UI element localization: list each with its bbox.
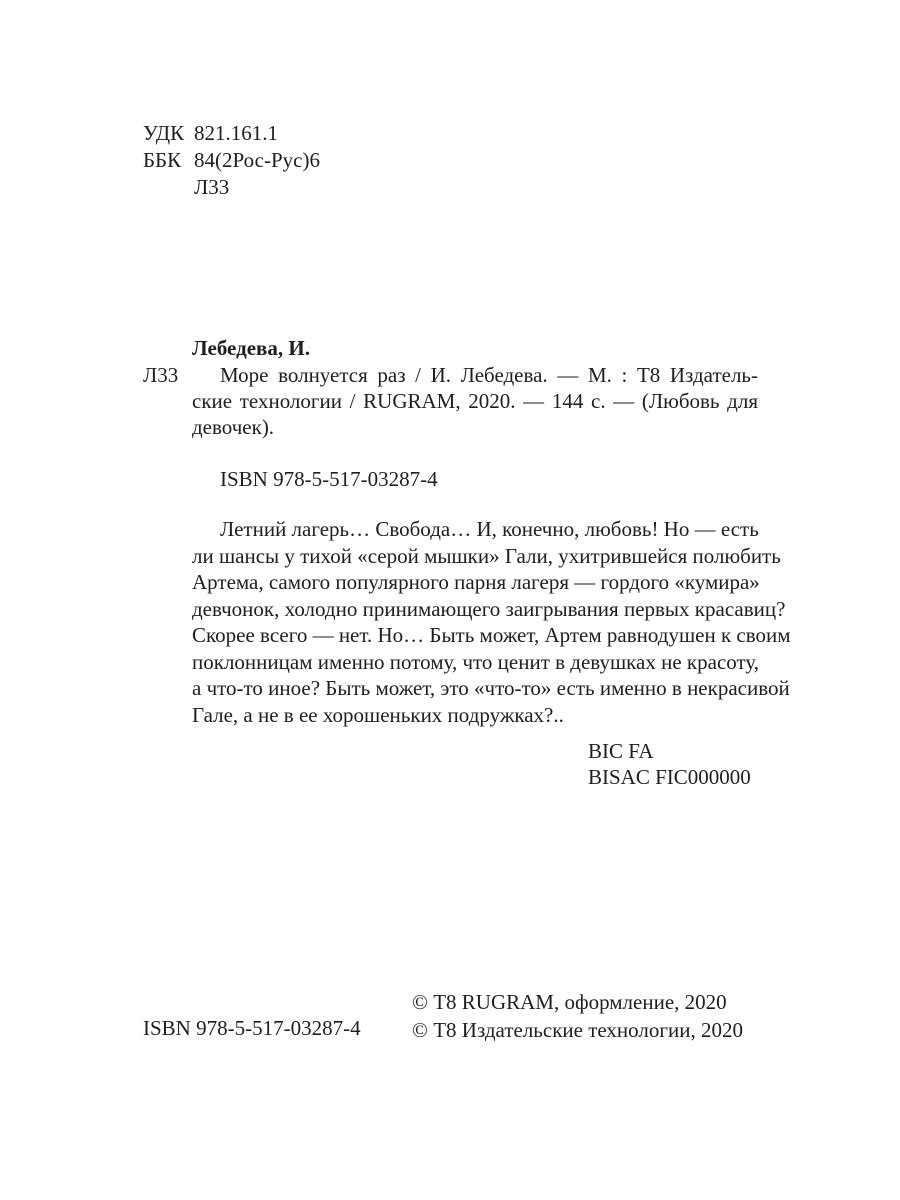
annotation-line: Артема, самого популярного парня лагеря … — [192, 569, 758, 596]
annotation: Летний лагерь… Свобода… И, конечно, любо… — [192, 516, 758, 728]
annotation-line: Скорее всего — нет. Но… Быть может, Арте… — [192, 622, 758, 649]
footer-isbn: ISBN 978-5-517-03287-4 — [143, 1015, 361, 1041]
annotation-line: Гале, а не в ее хорошеньких подружках?.. — [192, 702, 758, 729]
bic-code: BIC FA — [588, 738, 751, 764]
bbk-label: ББК — [143, 147, 194, 174]
bbk-value: 84(2Рос-Рус)6 — [194, 147, 320, 174]
author-heading: Лебедева, И. — [192, 335, 310, 361]
isbn: ISBN 978-5-517-03287-4 — [220, 466, 438, 492]
copyright-line: © Т8 Издательские технологии, 2020 — [412, 1016, 743, 1044]
annotation-line: а что-то иное? Быть может, это «что-то» … — [192, 675, 758, 702]
description-line: девочек). — [192, 414, 758, 440]
classification-block: УДК 821.161.1 ББК 84(2Рос-Рус)6 Л33 — [143, 120, 320, 201]
udk-label: УДК — [143, 120, 194, 147]
bisac-code: BISAC FIC000000 — [588, 764, 751, 790]
udk-value: 821.161.1 — [194, 120, 278, 147]
annotation-line: девчонок, холодно принимающего заигрыван… — [192, 596, 758, 623]
bbk-row: ББК 84(2Рос-Рус)6 — [143, 147, 320, 174]
author-code: Л33 — [194, 174, 229, 201]
annotation-line: Летний лагерь… Свобода… И, конечно, любо… — [192, 516, 758, 543]
copyright-block: © Т8 RUGRAM, оформление, 2020 © Т8 Издат… — [412, 988, 743, 1044]
catalog-code: Л33 — [143, 362, 178, 388]
description-line: Море волнуется раз / И. Лебедева. — М. :… — [192, 362, 758, 388]
subject-codes: BIC FA BISAC FIC000000 — [588, 738, 751, 790]
udk-row: УДК 821.161.1 — [143, 120, 320, 147]
annotation-line: поклонницам именно потому, что ценит в д… — [192, 649, 758, 676]
author-code-row: Л33 — [143, 174, 320, 201]
annotation-line: ли шансы у тихой «серой мышки» Гали, ухи… — [192, 543, 758, 570]
description-line: ские технологии / RUGRAM, 2020. — 144 с.… — [192, 388, 758, 414]
bibliographic-description: Море волнуется раз / И. Лебедева. — М. :… — [192, 362, 758, 440]
copyright-line: © Т8 RUGRAM, оформление, 2020 — [412, 988, 743, 1016]
